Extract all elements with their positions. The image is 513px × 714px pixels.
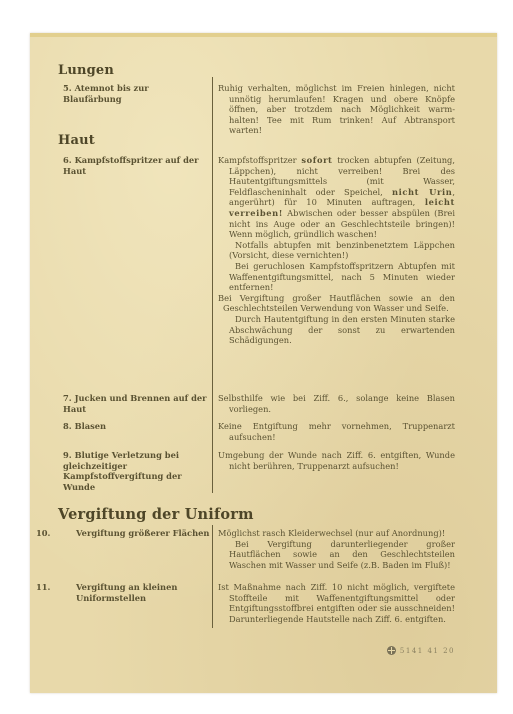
instruction-paragraph: Ist Maßnahme nach Ziff. 10 nicht möglich… <box>218 582 455 624</box>
item-instructions: Kampfstoffspritzer sofort trocken abtupf… <box>218 155 455 346</box>
item-label: 9. Blutige Verletzung bei gleichzeitiger… <box>63 450 208 492</box>
section-heading-lungen: Lungen <box>58 63 114 78</box>
item-number: 10. <box>56 528 76 539</box>
instruction-paragraph: Bei Vergiftung darunterliegender großer … <box>218 539 455 571</box>
print-code: 5141 41 20 <box>387 646 455 655</box>
item-title: Vergiftung größerer Flächen <box>76 528 209 538</box>
item-instructions: Keine Entgiftung mehr vornehmen, Truppen… <box>218 421 455 442</box>
item-label: 6. Kampfstoffspritzer auf der Haut <box>63 155 208 176</box>
instruction-paragraph: Keine Entgiftung mehr vornehmen, Truppen… <box>218 421 455 442</box>
emphasis-text: sofort <box>301 155 332 165</box>
item-number: 5. <box>63 83 72 94</box>
instruction-paragraph: Kampfstoffspritzer sofort trocken abtupf… <box>218 155 455 240</box>
document-page: Lungen 5. Atemnot bis zur Blaufärbung Ru… <box>30 33 497 693</box>
item-number: 6. <box>63 155 72 166</box>
instruction-paragraph: Bei Vergiftung großer Hautflächen sowie … <box>212 293 455 314</box>
item-instructions: Ruhig verhalten, möglichst im Freien hin… <box>218 83 455 136</box>
instruction-paragraph: Notfalls abtupfen mit benzinbenetztem Lä… <box>218 240 455 261</box>
item-label: 11.Vergiftung an kleinen Uniformstellen <box>56 582 226 603</box>
column-divider-upper <box>212 77 213 493</box>
item-number: 11. <box>56 582 76 593</box>
item-title: Jucken und Brennen auf der Haut <box>63 393 207 414</box>
instruction-paragraph: Durch Hautentgiftung in den ersten Minut… <box>218 314 455 346</box>
emphasis-text: nicht Urin <box>392 187 452 197</box>
instruction-paragraph: Umgebung der Wunde nach Ziff. 6. entgift… <box>218 450 455 471</box>
item-title: Blutige Verletzung bei gleichzeitiger Ka… <box>63 450 182 492</box>
item-title: Blasen <box>75 421 107 431</box>
section-heading-haut: Haut <box>58 133 95 148</box>
item-number: 9. <box>63 450 72 461</box>
column-divider-lower <box>212 525 213 628</box>
instruction-paragraph: Bei geruchlosen Kampfstoffspritzern Abtu… <box>218 261 455 293</box>
item-title: Atemnot bis zur Blaufärbung <box>63 83 149 104</box>
item-instructions: Möglichst rasch Kleiderwechsel (nur auf … <box>218 528 455 570</box>
item-label: 7. Jucken und Brennen auf der Haut <box>63 393 208 414</box>
item-label: 10.Vergiftung größerer Flächen <box>56 528 226 539</box>
instruction-paragraph: Möglichst rasch Kleiderwechsel (nur auf … <box>218 528 455 539</box>
instruction-paragraph: Selbsthilfe wie bei Ziff. 6., solange ke… <box>218 393 455 414</box>
printer-circle-icon <box>387 646 396 655</box>
item-title: Kampfstoffspritzer auf der Haut <box>63 155 199 176</box>
item-number: 8. <box>63 421 72 432</box>
instruction-paragraph: Ruhig verhalten, möglichst im Freien hin… <box>218 83 455 136</box>
item-instructions: Ist Maßnahme nach Ziff. 10 nicht möglich… <box>218 582 455 624</box>
item-label: 5. Atemnot bis zur Blaufärbung <box>63 83 208 104</box>
item-instructions: Umgebung der Wunde nach Ziff. 6. entgift… <box>218 450 455 471</box>
item-instructions: Selbsthilfe wie bei Ziff. 6., solange ke… <box>218 393 455 414</box>
item-title: Vergiftung an kleinen Uniformstellen <box>76 582 177 603</box>
paper-edge <box>30 33 497 37</box>
item-number: 7. <box>63 393 72 404</box>
print-code-text: 5141 41 20 <box>400 647 455 655</box>
section-heading-uniform: Vergiftung der Uniform <box>58 506 254 523</box>
item-label: 8. Blasen <box>63 421 208 432</box>
